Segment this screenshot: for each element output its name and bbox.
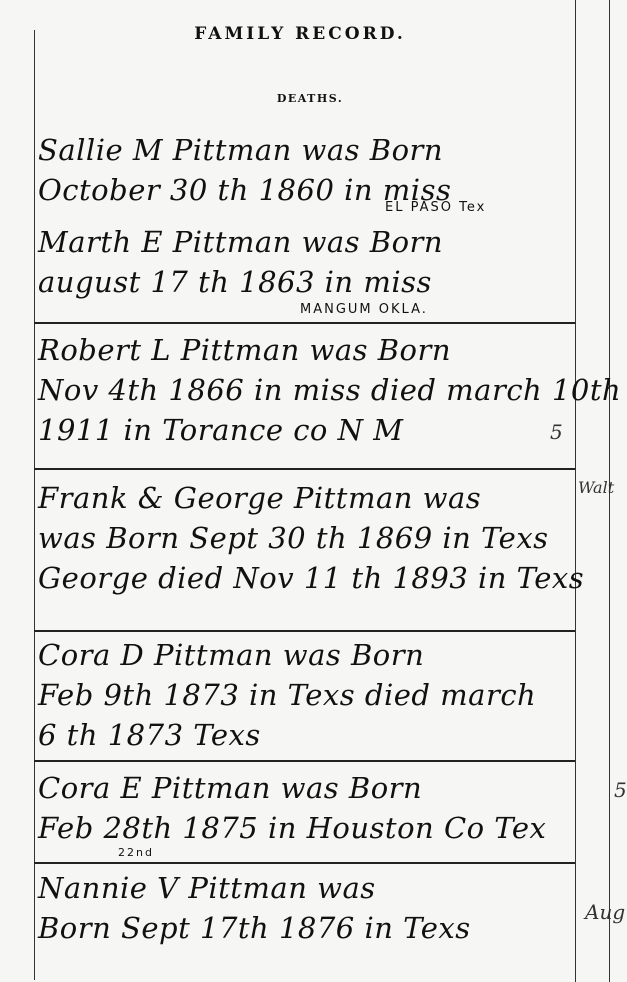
entry-line: Sallie M Pittman was Born [38,130,598,170]
entry-line: Marth E Pittman was Born [38,222,598,262]
entry-line: Cora D Pittman was Born [38,635,598,675]
entry-nannie: Nannie V Pittman was Born Sept 17th 1876… [38,868,598,948]
divider [34,322,575,324]
annotation-22nd: 22nd [118,846,154,859]
entry-cora-e: Cora E Pittman was Born Feb 28th 1875 in… [38,768,598,848]
entry-cora-d: Cora D Pittman was Born Feb 9th 1873 in … [38,635,598,755]
entry-marth: Marth E Pittman was Born august 17 th 18… [38,222,598,302]
entry-robert: Robert L Pittman was Born Nov 4th 1866 i… [38,330,598,450]
margin-note-walt: Walt [578,478,614,497]
annotation-mangum: MANGUM OKLA. [300,302,428,317]
margin-note-aug: Aug [585,900,625,924]
entry-line: October 30 th 1860 in miss [38,170,598,210]
divider [34,760,575,762]
entry-sallie: Sallie M Pittman was Born October 30 th … [38,130,598,210]
annotation-el-paso: EL PASO Tex [385,200,486,215]
left-rule [34,30,35,980]
divider [34,862,575,864]
margin-note-5b: 5 [614,778,627,802]
entry-line: 6 th 1873 Texs [38,715,598,755]
entry-line: Feb 9th 1873 in Texs died march [38,675,598,715]
divider [34,630,575,632]
entry-line: Nannie V Pittman was [38,868,598,908]
entry-line: august 17 th 1863 in miss [38,262,598,302]
page-title: FAMILY RECORD. [0,24,600,44]
entry-line: George died Nov 11 th 1893 in Texs [38,558,598,598]
entry-line: 1911 in Torance co N M [38,410,598,450]
entry-frank-george: Frank & George Pittman was was Born Sept… [38,478,598,598]
entry-line: Born Sept 17th 1876 in Texs [38,908,598,948]
divider [34,468,575,470]
entry-line: Cora E Pittman was Born [38,768,598,808]
family-record-page: FAMILY RECORD. DEATHS. Sallie M Pittman … [0,0,627,982]
margin-note-5: 5 [550,420,563,444]
entry-line: Feb 28th 1875 in Houston Co Tex [38,808,598,848]
entry-line: was Born Sept 30 th 1869 in Texs [38,518,598,558]
entry-line: Nov 4th 1866 in miss died march 10th [38,370,598,410]
entry-line: Frank & George Pittman was [38,478,598,518]
section-title: DEATHS. [0,92,620,105]
entry-line: Robert L Pittman was Born [38,330,598,370]
